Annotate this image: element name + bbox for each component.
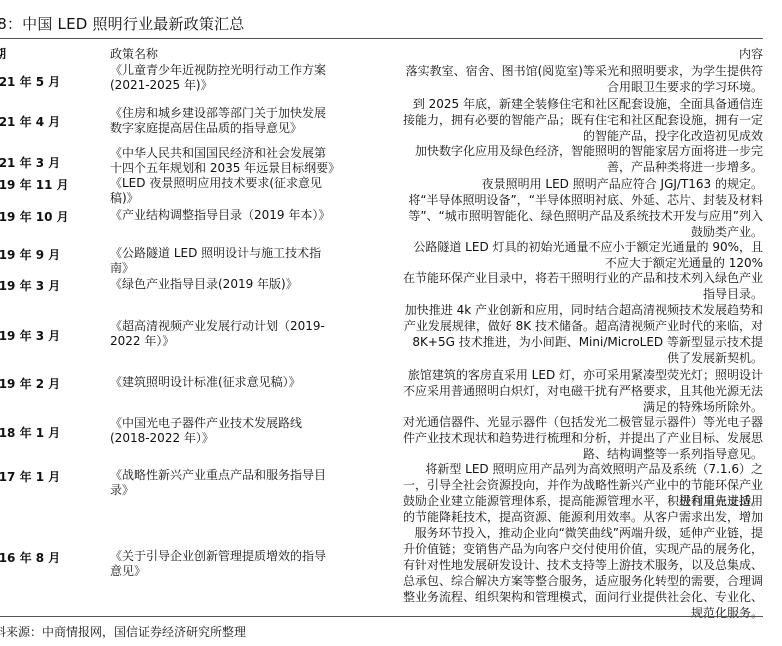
row-policy-name: 《儿童青少年近视防控光明行动工作方案(2021-2025 年)》 xyxy=(110,63,335,93)
row-policy-name: 《超高清视频产业发展行动计划（2019-2022 年）》 xyxy=(110,319,335,349)
row-policy-name: 《住房和城乡建设部等部门关于加快发展数字家庭提高居住品质的指导意见》 xyxy=(110,106,335,136)
header-policy-name: 政策名称 xyxy=(110,45,158,62)
row-policy-name: 《战略性新兴产业重点产品和服务指导目录》 xyxy=(110,468,335,498)
row-date: 2021 年 5 月 xyxy=(0,73,60,90)
row-date: 2018 年 1 月 xyxy=(0,424,60,441)
row-content: 落实教室、宿舍、图书馆(阅览室)等采光和照明要求，为学生提供符合用眼卫生要求的学… xyxy=(403,63,763,95)
row-date: 2019 年 10 月 xyxy=(0,208,69,225)
row-policy-name: 《公路隧道 LED 照明设计与施工技术指南》 xyxy=(110,246,335,276)
table-title: 表8：中国 LED 照明行业最新政策汇总 xyxy=(0,13,244,34)
row-content: 到 2025 年底，新建全装修住宅和社区配套设施，全面具备通信连接能力，拥有必要… xyxy=(403,96,763,144)
row-content: 鼓励企业建立能源管理体系，提高能源管理水平，积极利用先进适用的节能降耗技术，提高… xyxy=(403,493,763,621)
row-date: 2021 年 3 月 xyxy=(0,154,60,171)
row-content: 旅馆建筑的客房直采用 LED 灯，亦可采用紧凑型荧光灯；照明设计不应采用普通照明… xyxy=(403,367,763,415)
row-content: 将“半导体照明设备”，“半导体照明衬底、外延、芯片、封装及材料等”、“城市照明智… xyxy=(403,192,763,240)
row-policy-name: 《中华人民共和国国民经济和社会发展第十四个五年规划和 2035 年远景目标纲要》 xyxy=(110,146,335,176)
row-content: 对光通信器件、光显示器件（包括发光二极管显示器件）等光电子器件产业技术现状和趋势… xyxy=(403,414,763,462)
row-policy-name: 《建筑照明设计标准(征求意见稿）》 xyxy=(110,375,335,390)
row-content: 在节能环保产业目录中，将若干照明行业的产品和技术列入绿色产业指导目录。 xyxy=(403,270,763,302)
row-policy-name: 《产业结构调整指导目录（2019 年本）》 xyxy=(110,208,335,223)
row-policy-name: 《绿色产业指导目录(2019 年版)》 xyxy=(110,277,335,292)
row-policy-name: 《LED 夜景照明应用技术要求(征求意见稿)》 xyxy=(110,176,335,206)
row-policy-name: 《关于引导企业创新管理提质增效的指导意见》 xyxy=(110,549,335,579)
row-date: 2019 年 2 月 xyxy=(0,375,60,392)
row-date: 2021 年 4 月 xyxy=(0,113,60,130)
bottom-rule xyxy=(0,616,763,617)
row-date: 2019 年 3 月 xyxy=(0,277,60,294)
row-date: 2016 年 8 月 xyxy=(0,549,60,566)
row-content: 公路隧道 LED 灯具的初始光通量不应小于额定光通量的 90%，且不应大于额定光… xyxy=(403,239,763,271)
row-content: 夜景照明用 LED 照明产品应符合 JGJ/T163 的规定。 xyxy=(403,176,763,192)
header-content: 内容 xyxy=(739,45,763,62)
row-date: 2017 年 1 月 xyxy=(0,468,60,485)
header-date: 日期 xyxy=(0,45,6,62)
row-policy-name: 《中国光电子器件产业技术发展路线(2018-2022 年）》 xyxy=(110,416,335,446)
row-content: 加快数字化应用及绿色经济，智能照明的智能家居方面将进一步完善，产品种类将进一步增… xyxy=(403,143,763,175)
row-date: 2019 年 9 月 xyxy=(0,246,60,263)
top-rule xyxy=(0,38,763,39)
row-content: 加快推进 4k 产业创新和应用，同时结合超高清视频技术发展趋势和产业发展规律，做… xyxy=(403,302,763,366)
row-date: 2019 年 11 月 xyxy=(0,176,69,193)
row-date: 2019 年 3 月 xyxy=(0,327,60,344)
source-note: 资料来源：中商情报网，国信证券经济研究所整理 xyxy=(0,623,246,640)
